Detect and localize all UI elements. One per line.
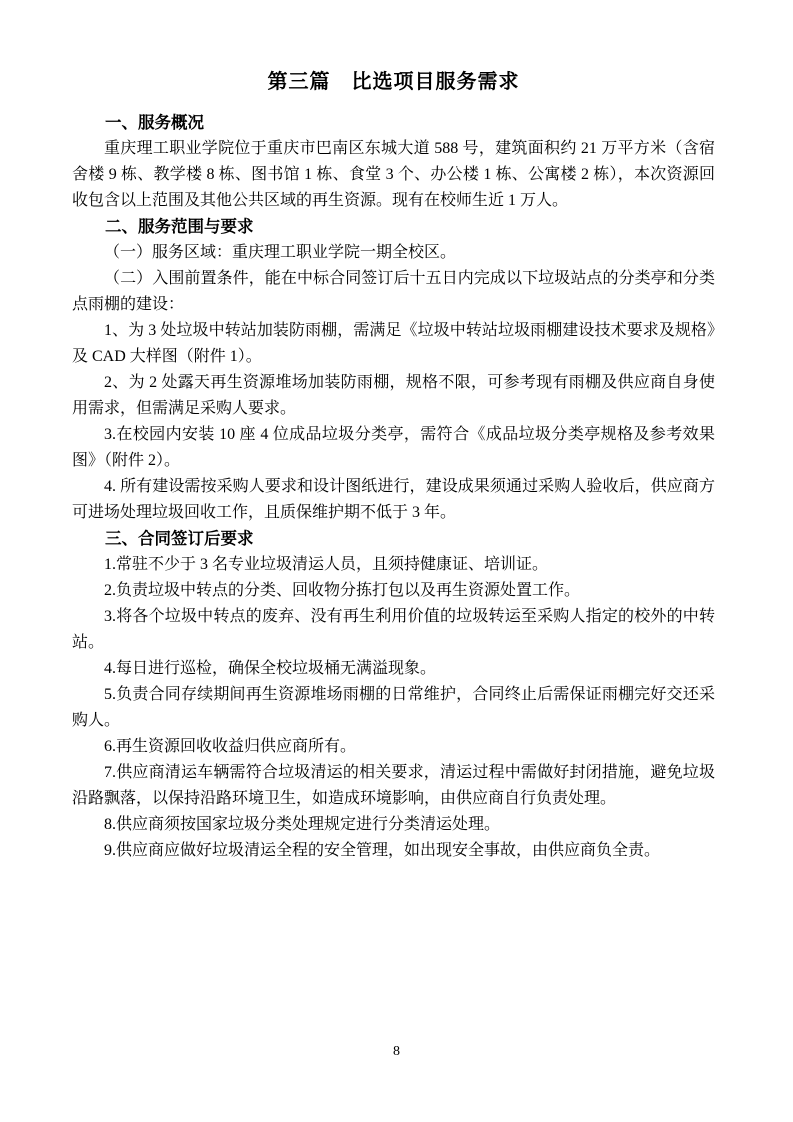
paragraph: 重庆理工职业学院位于重庆市巴南区东城大道 588 号，建筑面积约 21 万平方米… [72, 136, 715, 214]
paragraph: 1、为 3 处垃圾中转站加装防雨棚，需满足《垃圾中转站垃圾雨棚建设技术要求及规格… [72, 318, 715, 370]
paragraph: 3.在校园内安装 10 座 4 位成品垃圾分类亭，需符合《成品垃圾分类亭规格及参… [72, 422, 715, 474]
document-page: 第三篇 比选项目服务需求 一、服务概况 重庆理工职业学院位于重庆市巴南区东城大道… [0, 0, 793, 1122]
paragraph: （二）入围前置条件，能在中标合同签订后十五日内完成以下垃圾站点的分类亭和分类点雨… [72, 266, 715, 318]
section-1-heading: 一、服务概况 [72, 110, 715, 136]
paragraph: 6.再生资源回收收益归供应商所有。 [72, 734, 715, 760]
paragraph: （一）服务区域：重庆理工职业学院一期全校区。 [72, 240, 715, 266]
paragraph: 2、为 2 处露天再生资源堆场加装防雨棚，规格不限，可参考现有雨棚及供应商自身使… [72, 370, 715, 422]
document-title: 第三篇 比选项目服务需求 [72, 66, 715, 98]
paragraph: 3.将各个垃圾中转点的废弃、没有再生利用价值的垃圾转运至采购人指定的校外的中转站… [72, 604, 715, 656]
section-2-heading: 二、服务范围与要求 [72, 214, 715, 240]
paragraph: 4.每日进行巡检，确保全校垃圾桶无满溢现象。 [72, 656, 715, 682]
section-post-contract-requirements: 三、合同签订后要求 1.常驻不少于 3 名专业垃圾清运人员，且须持健康证、培训证… [72, 526, 715, 864]
section-service-scope: 二、服务范围与要求 （一）服务区域：重庆理工职业学院一期全校区。 （二）入围前置… [72, 214, 715, 526]
paragraph: 5.负责合同存续期间再生资源堆场雨棚的日常维护，合同终止后需保证雨棚完好交还采购… [72, 682, 715, 734]
paragraph: 7.供应商清运车辆需符合垃圾清运的相关要求，清运过程中需做好封闭措施，避免垃圾沿… [72, 760, 715, 812]
page-number: 8 [0, 1044, 793, 1060]
paragraph: 1.常驻不少于 3 名专业垃圾清运人员，且须持健康证、培训证。 [72, 552, 715, 578]
paragraph: 8.供应商须按国家垃圾分类处理规定进行分类清运处理。 [72, 812, 715, 838]
paragraph: 9.供应商应做好垃圾清运全程的安全管理，如出现安全事故，由供应商负全责。 [72, 838, 715, 864]
section-3-heading: 三、合同签订后要求 [72, 526, 715, 552]
paragraph: 4. 所有建设需按采购人要求和设计图纸进行，建设成果须通过采购人验收后，供应商方… [72, 474, 715, 526]
section-service-overview: 一、服务概况 重庆理工职业学院位于重庆市巴南区东城大道 588 号，建筑面积约 … [72, 110, 715, 214]
paragraph: 2.负责垃圾中转点的分类、回收物分拣打包以及再生资源处置工作。 [72, 578, 715, 604]
